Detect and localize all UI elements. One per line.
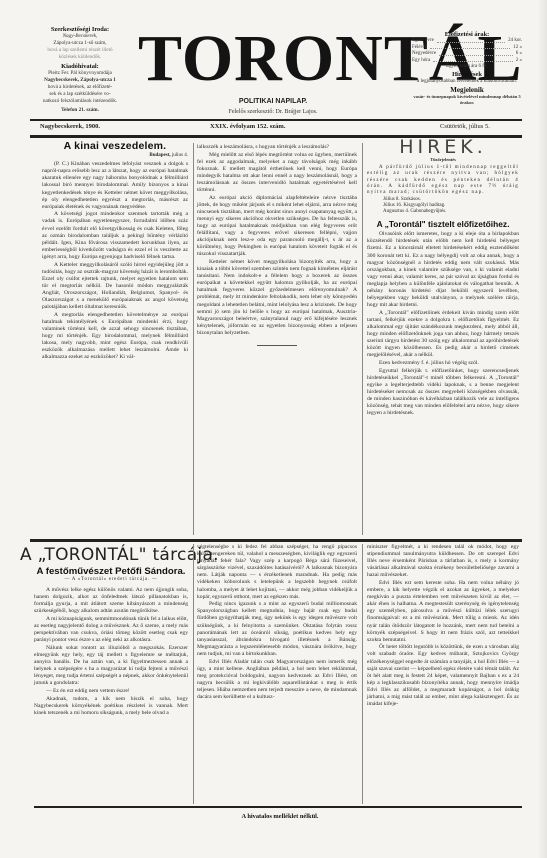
publisher-line-5: natkozó felszólamlások intézendők.: [30, 98, 130, 105]
office-note-2: közlések küldendők.: [30, 54, 130, 61]
feuilleton-note: — A »Torontál« eredeti tárcája. —: [34, 576, 188, 583]
feuilleton-paragraph: A mi köznapiságunk, semmittmondónak tüni…: [34, 616, 188, 644]
issue-date: Csütörtök, július 5.: [440, 123, 490, 130]
subscription-box: Előfizetési árak: Egész évre24 kor. Félé…: [412, 32, 522, 106]
news-paragraph: A „Torontál" előfizetőinek érdekeit kivá…: [367, 310, 519, 360]
editorial-office-heading: Szerkesztőségi Iroda:: [30, 26, 130, 33]
volume-number: XXIX. évfolyam 152. szám.: [210, 123, 285, 130]
feuilleton-paragraph: Akadnak, tudom, a kik nem hiszik el soha…: [34, 696, 188, 717]
newspaper-subtitle: POLITIKAI NAPILAP.: [138, 98, 408, 105]
article-paragraph: (P. C.) Kinában veszedelmes lefolyást ve…: [42, 161, 188, 211]
publisher-heading: Kiadóhivatal:: [30, 63, 130, 70]
article-chinese-danger: A kinai veszedelem. Budapest, julius 4. …: [42, 140, 188, 362]
article-dateline: Budapest, julius 4.: [42, 152, 188, 159]
feuilleton-paragraph: Nálunk sokat rontott az illuzióból a meg…: [34, 645, 188, 688]
article-paragraph: Még mielőtt az első lépés megtörtént vol…: [197, 152, 357, 195]
article-paragraph: lalkozzék a leszámolásra, s hogyan törté…: [197, 144, 357, 151]
feuilleton-paragraph: miniszter figyelmét, a ki rendesen talál…: [367, 544, 519, 579]
feuilleton-paragraph: Edvi Illés Aladár talán csak Magyarorszá…: [197, 659, 357, 702]
news-section: HIREK. Tűzőrjelentés A párfürdő július 1…: [367, 142, 519, 418]
feuilleton-paragraph: Edvi Illés ezt sem kereste soha. Ha nem …: [367, 580, 519, 644]
publisher-line-4: sek és a lap szétküldésére vo-: [30, 91, 130, 98]
article-paragraph: Az európai akció diplomáciai alapfeltéte…: [197, 195, 357, 259]
column-divider: [362, 143, 363, 535]
feuilleton-paragraph: — Ez én ezt eddig nem vettem észre!: [34, 688, 188, 695]
article-paragraph: Ketteler német követ meggyilkolása bizon…: [197, 259, 357, 337]
column-divider: [193, 544, 194, 804]
news-title: HIREK.: [367, 144, 519, 151]
feuilleton-paragraph: Öt hetet töltött legutóbb is közöttünk, …: [367, 644, 519, 708]
chief-editor: Felelős szerkesztő: Dr. Brájjer Lajos.: [138, 109, 408, 115]
feuilleton-col-3: miniszter figyelmét, a ki rendesen talál…: [367, 544, 519, 709]
phone-number: Telefon 21. szám.: [30, 107, 130, 114]
feuilleton-rule: [30, 539, 522, 542]
feuilleton-paragraph: A művész lelke egész különös valami. Az …: [34, 587, 188, 615]
article-paragraph: A Ketteler meggyilkolásáról szóló hirrel…: [42, 262, 188, 312]
footer-note: A hivatalos melléklet nélkül.: [195, 813, 365, 820]
article-paragraph: A követségi jogot mindenkor szentnek tar…: [42, 211, 188, 261]
event-item: Augusztus 4. Gabonabegyűjtés.: [383, 209, 519, 215]
news-paragraph: Egyuttal felkérjük t. előfizetőinket, ho…: [367, 368, 519, 418]
page-edge-shadow: [537, 0, 547, 858]
feuilleton-col-2: végtelenségbe s ki fedez fel abban széps…: [197, 544, 357, 702]
column-divider: [193, 143, 194, 535]
office-address: Zápolya-utcza 1-ső szám,: [30, 40, 130, 47]
article-title: A kinai veszedelem.: [42, 143, 188, 150]
single-copy-price: Egyes szám ára 6 fil.: [412, 64, 522, 70]
news-paragraph: Olvasóink előtt ismeretes, hogy a ki ele…: [367, 231, 519, 309]
newspaper-title: TORONTÁL: [138, 26, 408, 92]
office-city: Nagy-Becskerek,: [30, 33, 130, 40]
feuilleton-title: A festőművészet Petőfi Sándora.: [34, 568, 188, 575]
article-end-rule: [257, 345, 297, 346]
ads-text: a legjutányosabban felvétetnek a kiadóhi…: [412, 79, 522, 85]
bottom-rule: [34, 806, 522, 808]
newspaper-page: Szerkesztőségi Iroda: Nagy-Becskerek, Zá…: [0, 0, 547, 858]
feuilleton-paragraph: Pedig nincs igazunk s a mint az egyszerü…: [197, 601, 357, 658]
appears-text: vasár- és ünnepnapok kivételével mindenn…: [412, 94, 522, 107]
feuilleton-banner: A „TORONTÁL" tárcája.: [20, 545, 190, 565]
publisher-line-3: hová a hirdetések, az előfizeté-: [30, 84, 130, 91]
editorial-office-box: Szerkesztőségi Iroda: Nagy-Becskerek, Zá…: [30, 26, 130, 114]
bath-notice: A párfürdő július 1-től mindennap reggel…: [367, 165, 519, 196]
news-small-heading: Tűzőrjelentés: [367, 156, 519, 163]
article-paragraph: A megtorlás elengedhetetlen követelménye…: [42, 312, 188, 362]
article-continuation: lalkozzék a leszámolásra, s hogyan törté…: [197, 144, 357, 346]
column-divider: [362, 544, 363, 804]
subscribers-notice-title: A „Torontál" tisztelt előfizetőihez.: [367, 221, 519, 228]
feuilleton-paragraph: végtelenségbe s ki fedez fel abban széps…: [197, 544, 357, 601]
office-note-1: hová a lap szellemi részét illető: [30, 47, 130, 54]
feuilleton-col-1: A festőművészet Petőfi Sándora. — A »Tor…: [34, 566, 188, 717]
publisher-line-1: Pleitz Fer. Pál könyvnyomdája: [30, 70, 130, 77]
place-year: Nagybecskerek, 1900.: [40, 123, 100, 130]
publisher-line-2: Nagybecskerek, Zápolya-utcza 1: [30, 77, 130, 84]
event-list: Július 8. Szokásos. Július 16. Kisgyugöl…: [367, 197, 519, 215]
masthead-rule: [30, 119, 522, 121]
news-paragraph: Ezen kedvezmény f. é. július hó végéig s…: [367, 360, 519, 367]
